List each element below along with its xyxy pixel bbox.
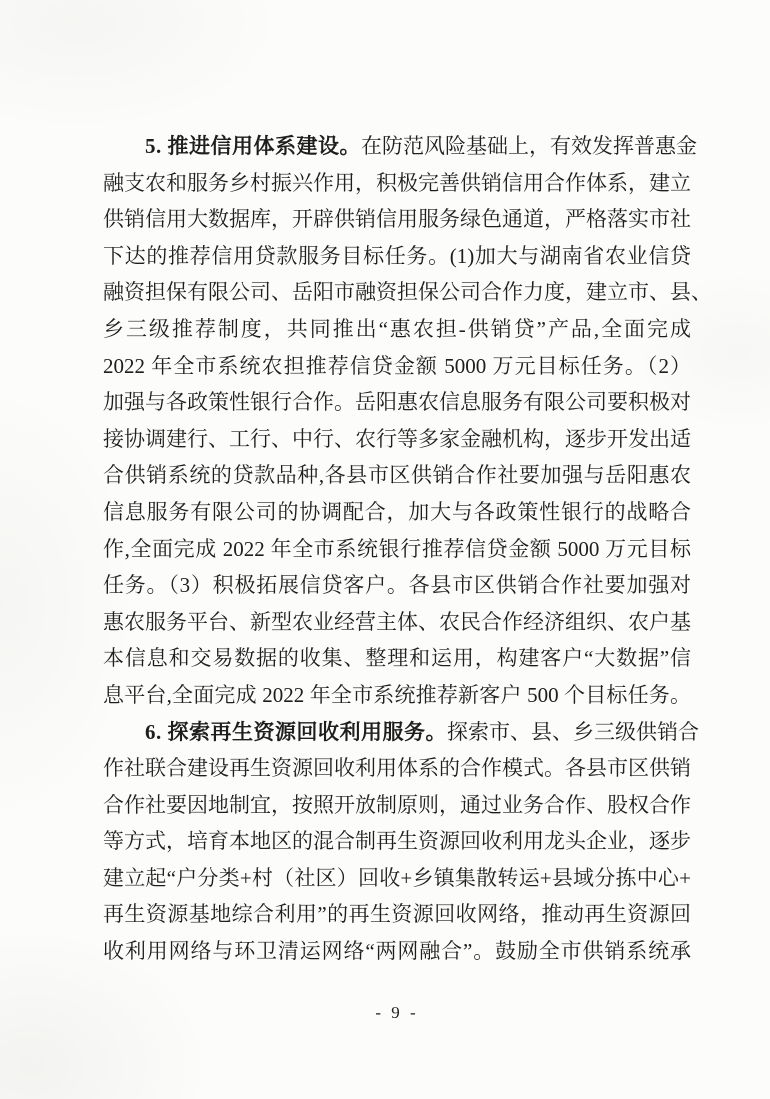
- text-line: 收利用网络与环卫清运网络“两网融合”。鼓励全市供销系统承: [103, 933, 691, 970]
- text-line: 作,全面完成 2022 年全市系统银行推荐信贷金额 5000 万元目标: [103, 531, 691, 568]
- line-text: 任务。（3）积极拓展信贷客户。各县市区供销合作社要加强对: [103, 573, 691, 597]
- text-line: 建立起“户分类+村（社区）回收+乡镇集散转运+县域分拣中心+: [103, 860, 691, 897]
- text-line: 作社联合建设再生资源回收利用体系的合作模式。各县市区供销: [103, 750, 691, 787]
- text-line: 信息服务有限公司的协调配合，加大与各政策性银行的战略合: [103, 494, 691, 531]
- text-line: 融支农和服务乡村振兴作用，积极完善供销信用合作体系，建立: [103, 165, 691, 202]
- text-line: 任务。（3）积极拓展信贷客户。各县市区供销合作社要加强对: [103, 567, 691, 604]
- text-line: 加强与各政策性银行合作。岳阳惠农信息服务有限公司要积极对: [103, 384, 691, 421]
- line-text: 供销信用大数据库，开辟供销信用服务绿色通道，严格落实市社: [103, 207, 691, 231]
- line-text: 本信息和交易数据的收集、整理和运用，构建客户“大数据”信: [103, 646, 691, 670]
- text-line: 5. 推进信用体系建设。在防范风险基础上，有效发挥普惠金: [103, 128, 691, 165]
- line-text: 建立起“户分类+村（社区）回收+乡镇集散转运+县域分拣中心+: [103, 866, 691, 890]
- line-text: 作,全面完成 2022 年全市系统银行推荐信贷金额 5000 万元目标: [103, 537, 691, 561]
- line-text: 融资担保有限公司、岳阳市融资担保公司合作力度，建立市、县、: [103, 280, 712, 304]
- line-text: 再生资源基地综合利用”的再生资源回收网络，推动再生资源回: [103, 902, 691, 926]
- line-text: 惠农服务平台、新型农业经营主体、农民合作经济组织、农户基: [103, 610, 691, 634]
- section-heading: 6. 探索再生资源回收利用服务。: [145, 720, 447, 744]
- text-line: 合供销系统的贷款品种,各县市区供销合作社要加强与岳阳惠农: [103, 457, 691, 494]
- line-text: 融支农和服务乡村振兴作用，积极完善供销信用合作体系，建立: [103, 171, 691, 195]
- text-line: 再生资源基地综合利用”的再生资源回收网络，推动再生资源回: [103, 896, 691, 933]
- section-heading: 5. 推进信用体系建设。: [145, 134, 361, 158]
- line-text: 息平台,全面完成 2022 年全市系统推荐新客户 500 个目标任务。: [103, 683, 691, 707]
- text-line: 6. 探索再生资源回收利用服务。探索市、县、乡三级供销合: [103, 714, 691, 751]
- text-line: 融资担保有限公司、岳阳市融资担保公司合作力度，建立市、县、: [103, 274, 691, 311]
- document-body-text: 5. 推进信用体系建设。在防范风险基础上，有效发挥普惠金融支农和服务乡村振兴作用…: [103, 128, 691, 970]
- line-text: 在防范风险基础上，有效发挥普惠金: [361, 134, 697, 158]
- line-text: 等方式，培育本地区的混合制再生资源回收利用龙头企业，逐步: [103, 829, 691, 853]
- line-text: 接协调建行、工行、中行、农行等多家金融机构，逐步开发出适: [103, 427, 691, 451]
- line-text: 2022 年全市系统农担推荐信贷金额 5000 万元目标任务。（2）: [103, 354, 691, 378]
- text-line: 合作社要因地制宜，按照开放制原则，通过业务合作、股权合作: [103, 787, 691, 824]
- page-number: - 9 -: [103, 1003, 691, 1023]
- text-line: 等方式，培育本地区的混合制再生资源回收利用龙头企业，逐步: [103, 823, 691, 860]
- text-line: 本信息和交易数据的收集、整理和运用，构建客户“大数据”信: [103, 640, 691, 677]
- text-line: 乡三级推荐制度，共同推出“惠农担-供销贷”产品,全面完成: [103, 311, 691, 348]
- line-text: 加强与各政策性银行合作。岳阳惠农信息服务有限公司要积极对: [103, 390, 691, 414]
- line-text: 收利用网络与环卫清运网络“两网融合”。鼓励全市供销系统承: [103, 939, 691, 963]
- line-text: 探索市、县、乡三级供销合: [447, 720, 699, 744]
- text-line: 息平台,全面完成 2022 年全市系统推荐新客户 500 个目标任务。: [103, 677, 691, 714]
- line-text: 合供销系统的贷款品种,各县市区供销合作社要加强与岳阳惠农: [103, 463, 691, 487]
- text-line: 2022 年全市系统农担推荐信贷金额 5000 万元目标任务。（2）: [103, 348, 691, 385]
- line-text: 下达的推荐信用贷款服务目标任务。(1)加大与湖南省农业信贷: [103, 244, 691, 268]
- line-text: 乡三级推荐制度，共同推出“惠农担-供销贷”产品,全面完成: [103, 317, 691, 341]
- text-line: 接协调建行、工行、中行、农行等多家金融机构，逐步开发出适: [103, 421, 691, 458]
- line-text: 信息服务有限公司的协调配合，加大与各政策性银行的战略合: [103, 500, 691, 524]
- line-text: 作社联合建设再生资源回收利用体系的合作模式。各县市区供销: [103, 756, 691, 780]
- line-text: 合作社要因地制宜，按照开放制原则，通过业务合作、股权合作: [103, 793, 691, 817]
- text-line: 供销信用大数据库，开辟供销信用服务绿色通道，严格落实市社: [103, 201, 691, 238]
- text-line: 下达的推荐信用贷款服务目标任务。(1)加大与湖南省农业信贷: [103, 238, 691, 275]
- text-line: 惠农服务平台、新型农业经营主体、农民合作经济组织、农户基: [103, 604, 691, 641]
